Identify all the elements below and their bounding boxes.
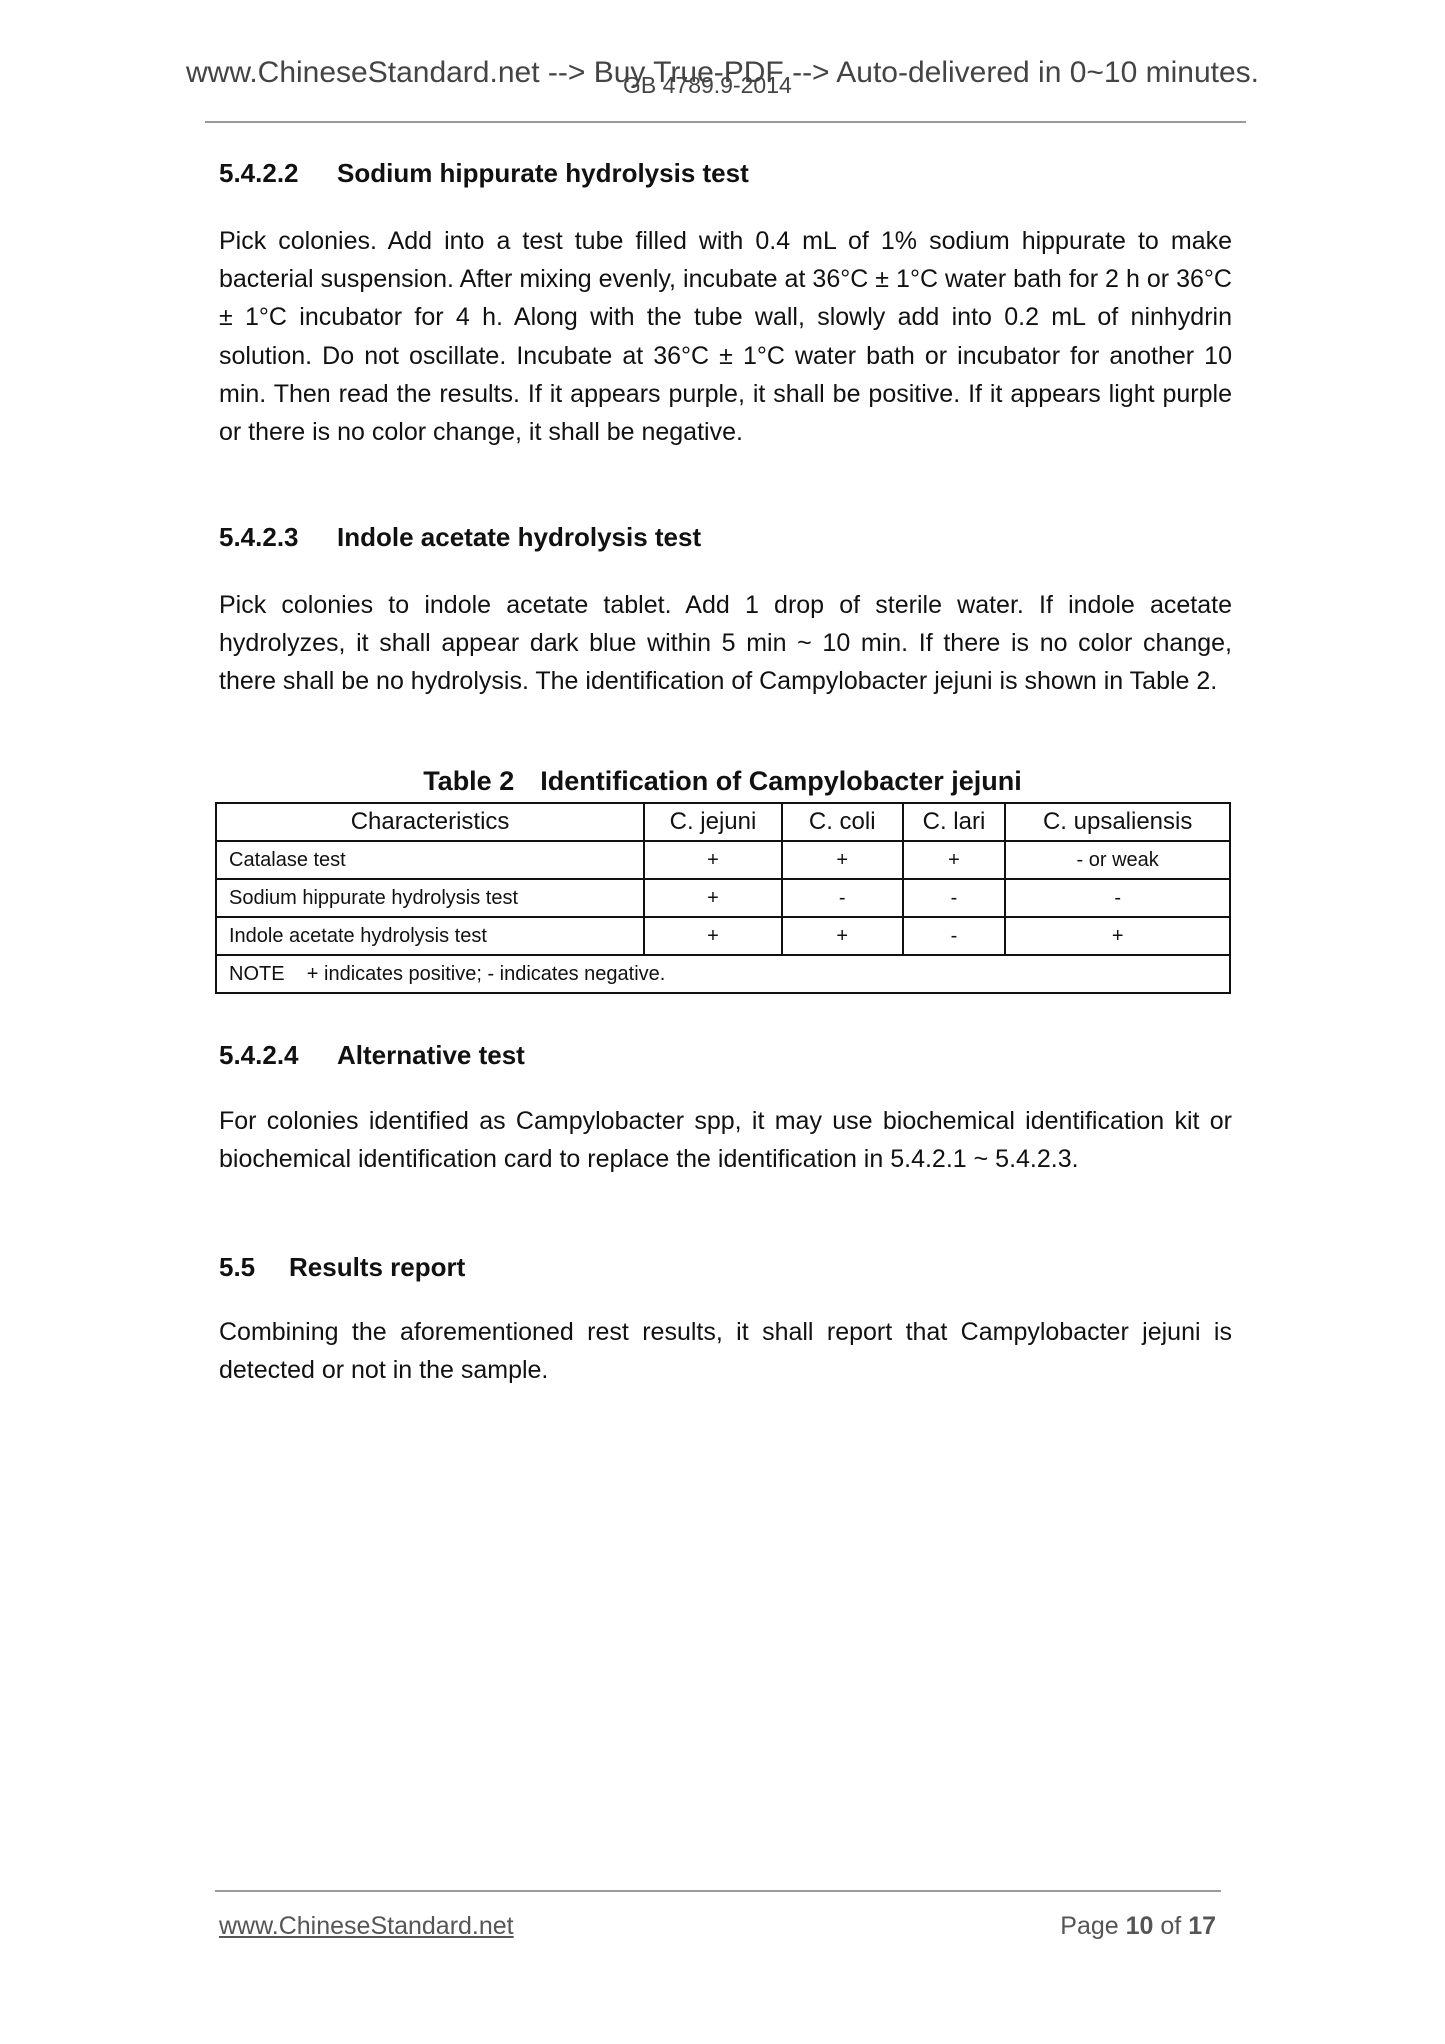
table-cell: + [644,879,782,917]
section-paragraph: For colonies identified as Campylobacter… [219,1102,1232,1178]
table-row: Catalase test + + + - or weak [216,841,1230,879]
section-title: Indole acetate hydrolysis test [337,522,701,552]
page-prefix: Page [1060,1912,1118,1940]
column-header: C. lari [903,803,1006,841]
section-heading: 5.4.2.4Alternative test [219,1040,525,1071]
column-header: C. coli [782,803,903,841]
section-number: 5.4.2.3 [219,522,337,553]
column-header: C. upsaliensis [1005,803,1230,841]
table-cell: + [782,841,903,879]
footer-website-link[interactable]: www.ChineseStandard.net [219,1912,514,1941]
page-total: 17 [1188,1912,1216,1940]
standard-code: GB 4789.9-2014 [623,72,792,99]
column-header: Characteristics [216,803,644,841]
page-indicator: Page 10 of 17 [1060,1912,1216,1941]
table-label: Table 2 [423,766,514,796]
table-cell: Indole acetate hydrolysis test [216,917,644,955]
table-cell: + [644,917,782,955]
section-title: Results report [289,1252,465,1282]
table-cell: + [903,841,1006,879]
section-heading: 5.4.2.2Sodium hippurate hydrolysis test [219,158,749,189]
section-heading: 5.5Results report [219,1252,465,1283]
table-caption: Table 2Identification of Campylobacter j… [215,766,1230,797]
header-rule [205,121,1246,123]
section-number: 5.4.2.4 [219,1040,337,1071]
section-paragraph: Pick colonies to indole acetate tablet. … [219,586,1232,701]
section-heading: 5.4.2.3Indole acetate hydrolysis test [219,522,701,553]
table-cell: - [903,879,1006,917]
table-cell: Catalase test [216,841,644,879]
table-cell: + [1005,917,1230,955]
section-paragraph: Combining the aforementioned rest result… [219,1313,1232,1389]
table-title: Identification of Campylobacter jejuni [540,766,1022,796]
table-cell: + [782,917,903,955]
section-title: Sodium hippurate hydrolysis test [337,158,749,188]
section-title: Alternative test [337,1040,525,1070]
section-number: 5.4.2.2 [219,158,337,189]
table-row: Sodium hippurate hydrolysis test + - - - [216,879,1230,917]
table-cell: Sodium hippurate hydrolysis test [216,879,644,917]
identification-table: Characteristics C. jejuni C. coli C. lar… [215,802,1231,994]
table-cell: - [782,879,903,917]
table-note-row: NOTE + indicates positive; - indicates n… [216,955,1230,993]
table-cell: - [1005,879,1230,917]
table-cell: - [903,917,1006,955]
table-cell: + [644,841,782,879]
table-note: NOTE + indicates positive; - indicates n… [216,955,1230,993]
column-header: C. jejuni [644,803,782,841]
footer-rule [215,1890,1221,1892]
page-current: 10 [1126,1912,1154,1940]
section-number: 5.5 [219,1252,289,1283]
page-of: of [1160,1912,1181,1940]
table-header-row: Characteristics C. jejuni C. coli C. lar… [216,803,1230,841]
table-cell: - or weak [1005,841,1230,879]
section-paragraph: Pick colonies. Add into a test tube fill… [219,222,1232,451]
table-row: Indole acetate hydrolysis test + + - + [216,917,1230,955]
